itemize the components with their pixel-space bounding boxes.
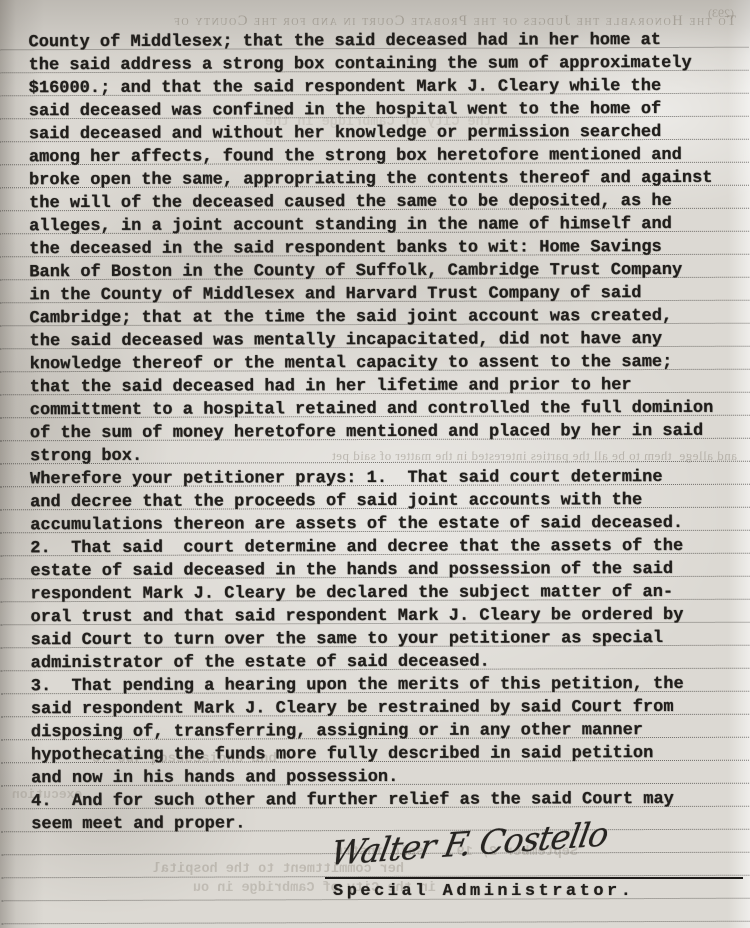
- document-body: County of Middlesex; that the said decea…: [0, 25, 750, 925]
- typewritten-text: the said address a strong box containing…: [29, 55, 692, 75]
- typewritten-text: knowledge thereof or the mental capacity…: [30, 354, 673, 374]
- typewritten-text: the said deceased was mentally incapacit…: [30, 331, 663, 351]
- typewritten-text: Wherefore your petitioner prays: 1. That…: [30, 469, 663, 489]
- typewritten-text: and now in his hands and possession.: [31, 769, 398, 788]
- typewritten-text: administrator of the estate of said dece…: [31, 654, 490, 674]
- typewritten-text: alleges, in a joint account standing in …: [29, 216, 672, 236]
- typewritten-text: said deceased and without her knowledge …: [29, 124, 662, 144]
- typewritten-text: that the said deceased had in her lifeti…: [30, 377, 632, 397]
- typewritten-text: and decree that the proceeds of said joi…: [30, 492, 642, 512]
- typewritten-text: said respondent Mark J. Cleary be restra…: [31, 699, 674, 719]
- typewritten-text: respondent Mark J. Cleary be declared th…: [30, 584, 673, 604]
- typewritten-text: committment to a hospital retained and c…: [30, 400, 714, 420]
- typewritten-text: 4. And for such other and further relief…: [31, 791, 674, 811]
- signer-title: Special Administrator.: [333, 882, 634, 901]
- typewritten-text: said deceased was confined in the hospit…: [29, 101, 662, 121]
- typewritten-text: the will of the deceased caused the same…: [29, 193, 672, 213]
- scanned-document-page: (293) To the Honorable the Judges of the…: [0, 0, 750, 928]
- typewritten-text: Cambridge; that at the time the said joi…: [29, 308, 672, 328]
- bleedthrough-corner-number: (293): [708, 6, 734, 21]
- typewritten-text: seem meet and proper.: [31, 815, 245, 834]
- typewritten-text: 2. That said court determine and decree …: [30, 538, 683, 558]
- typewritten-text: estate of said deceased in the hands and…: [30, 561, 673, 581]
- signature-rule-line: [325, 877, 743, 879]
- document-line: [1, 899, 750, 925]
- typewritten-text: oral trust and that said respondent Mark…: [30, 607, 683, 627]
- typewritten-text: $16000.; and that the said respondent Ma…: [29, 78, 662, 98]
- typewritten-text: among her affects, found the strong box …: [29, 147, 682, 167]
- typewritten-text: of the sum of money heretofore mentioned…: [30, 423, 703, 443]
- typewritten-text: Bank of Boston in the County of Suffolk,…: [29, 262, 682, 282]
- typewritten-text: in the County of Middlesex and Harvard T…: [29, 285, 641, 305]
- typewritten-text: hypothecating the funds more fully descr…: [31, 745, 653, 765]
- typewritten-text: disposing of, transferring, assigning or…: [31, 722, 643, 742]
- typewritten-text: said Court to turn over the same to your…: [31, 630, 664, 650]
- document-line: County of Middlesex; that the said decea…: [0, 25, 749, 51]
- typewritten-text: 3. That pending a hearing upon the merit…: [31, 676, 684, 696]
- typewritten-text: the deceased in the said respondent bank…: [29, 239, 662, 259]
- typewritten-text: County of Middlesex; that the said decea…: [28, 32, 661, 52]
- typewritten-text: accumulations thereon are assets of the …: [30, 515, 683, 535]
- typewritten-text: broke open the same, appropriating the c…: [29, 170, 713, 190]
- typewritten-text: strong box.: [30, 448, 142, 466]
